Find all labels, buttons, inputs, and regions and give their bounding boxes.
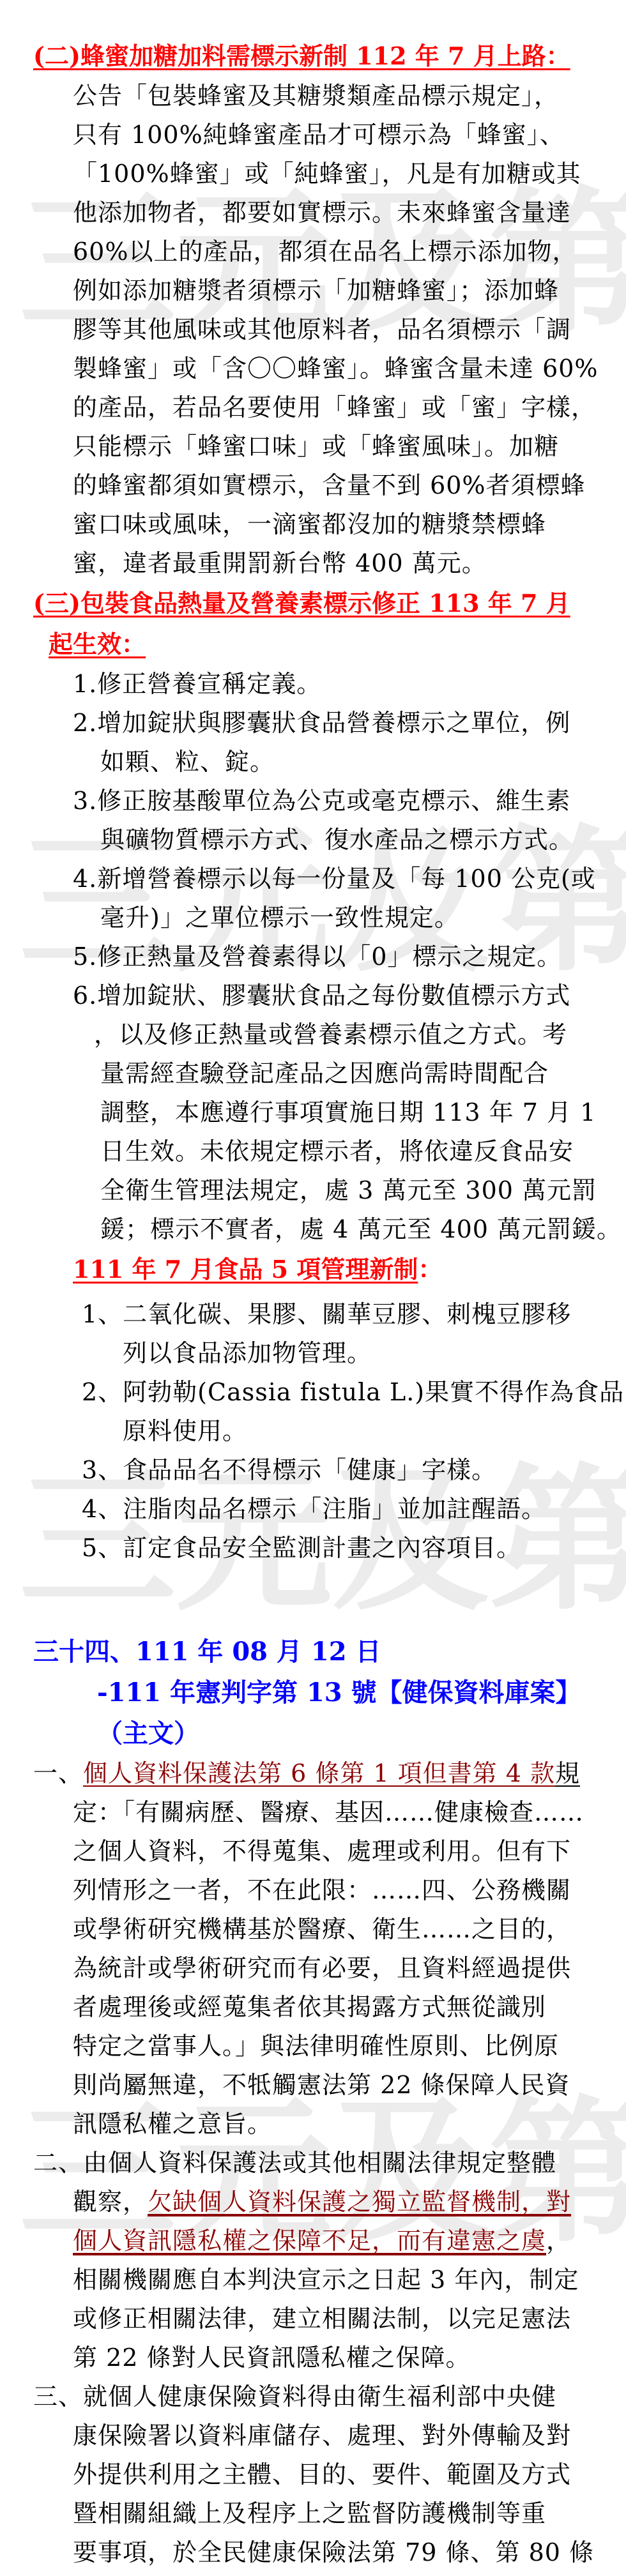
section-food-new-rules: 111 年 7 月食品 5 項管理新制： 1、二氧化碳、果膠、關華豆膠、刺槐豆膠…: [33, 1249, 607, 1568]
key-holding-emphasis: 欠缺個人資料保護之獨立監督機制，對: [148, 2188, 571, 2216]
section-honey-labeling: (二)蜂蜜加糖加料需標示新制 112 年 7 月上路： 公告「包裝蜂蜜及其糖漿類…: [33, 36, 607, 583]
ruling-point-2: 二、由個人資料保護法或其他相關法律規定整體: [33, 2144, 607, 2183]
body-text: 觀察，: [73, 2188, 148, 2216]
list-item-cont: ，以及修正熱量或營養素標示值之方式。考: [33, 1015, 607, 1054]
list-item: 4、注脂肉品名標示「注脂」並加註醒語。: [33, 1490, 607, 1529]
section-heading: (三)包裝食品熱量及營養素標示修正 113 年 7 月: [33, 583, 607, 624]
body-line: 的蜂蜜都須如實標示，含量不到 60%者須標蜂: [33, 466, 607, 505]
list-item: 1、二氧化碳、果膠、關華豆膠、刺槐豆膠移: [33, 1295, 607, 1334]
body-line: 定：「有關病歷、醫療、基因……健康檢查……: [33, 1793, 607, 1832]
body-line: 他添加物者，都要如實標示。未來蜂蜜含量達: [33, 193, 607, 232]
ruling-point-3: 三、就個人健康保險資料得由衛生福利部中央健: [33, 2377, 607, 2416]
list-item-cont: 與礦物質標示方式、復水產品之標示方式。: [33, 821, 607, 860]
body-line: 或學術研究機構基於醫療、衛生……之目的，: [33, 1910, 607, 1949]
body-line: 蜜口味或風味，一滴蜜都沒加的糖漿禁標蜂: [33, 505, 607, 544]
body-line: 膠等其他風味或其他原料者，品名須標示「調: [33, 310, 607, 349]
body-line: 蜜，違者最重開罰新台幣 400 萬元。: [33, 544, 607, 583]
case-title-date: 三十四、111 年 08 月 12 日: [33, 1632, 607, 1672]
body-line: 「100%蜂蜜」或「純蜂蜜」，凡是有加糖或其: [33, 155, 607, 193]
list-item-cont: 原料使用。: [33, 1412, 607, 1451]
body-line: 第 22 條對人民資訊隱私權之保障。: [33, 2338, 607, 2377]
body-line: 則尚屬無違，不牴觸憲法第 22 條保障人民資: [33, 2066, 607, 2105]
body-line: 或修正相關法律，建立相關法制，以完足憲法: [33, 2299, 607, 2338]
list-item: 2.增加錠狀與膠囊狀食品營養標示之單位，例: [33, 704, 607, 743]
point-marker: 一、: [33, 1759, 83, 1787]
body-line: 個人資訊隱私權之保障不足，而有違憲之虞，: [33, 2222, 607, 2261]
body-line: 60%以上的產品，都須在品名上標示添加物，: [33, 232, 607, 271]
list-item-cont: 全衛生管理法規定，處 3 萬元至 300 萬元罰: [33, 1171, 607, 1210]
body-line: 外提供利用之主體、目的、要件、範圍及方式: [33, 2455, 607, 2494]
body-line: 的產品，若品名要使用「蜂蜜」或「蜜」字樣，: [33, 388, 607, 427]
body-line: 特定之當事人。」與法律明確性原則、比例原: [33, 2027, 607, 2066]
body-text: 就個人健康保險資料得由衛生福利部中央健: [83, 2383, 556, 2411]
case-title-main-text: （主文）: [33, 1713, 607, 1754]
body-line: 只能標示「蜂蜜口味」或「蜂蜜風味」。加糖: [33, 427, 607, 466]
list-item-cont: 毫升)」之單位標示一致性規定。: [33, 898, 607, 937]
section-heading: 111 年 7 月食品 5 項管理新制: [73, 1255, 418, 1284]
body-line: 暨相關組織上及程序上之監督防護機制等重: [33, 2494, 607, 2533]
body-line: 訊隱私權之意旨。: [33, 2105, 607, 2144]
body-line: 康保險署以資料庫儲存、處理、對外傳輸及對: [33, 2416, 607, 2455]
list-item-cont: 調整，本應遵行事項實施日期 113 年 7 月 1: [33, 1093, 607, 1132]
heading-colon: ：: [418, 1255, 442, 1284]
body-line: 製蜂蜜」或「含〇〇蜂蜜」。蜂蜜含量未達 60%: [33, 349, 607, 388]
section-heading: (二)蜂蜜加糖加料需標示新制 112 年 7 月上路：: [33, 36, 607, 77]
document-page: (二)蜂蜜加糖加料需標示新制 112 年 7 月上路： 公告「包裝蜂蜜及其糖漿類…: [0, 0, 626, 2572]
body-line: 例如添加糖漿者須標示「加糖蜂蜜」；添加蜂: [33, 271, 607, 310]
body-line: 者處理後或經蒐集者依其揭露方式無從識別: [33, 1988, 607, 2027]
statute-reference: 個人資料保護法第 6 條第 1 項但書第 4 款: [83, 1759, 555, 1787]
case-title-name: -111 年憲判字第 13 號【健保資料庫案】: [33, 1672, 607, 1713]
point-marker: 二、: [33, 2149, 83, 2177]
list-item-cont: 鍰；標示不實者，處 4 萬元至 400 萬元罰鍰。: [33, 1210, 607, 1249]
list-item: 3.修正胺基酸單位為公克或毫克標示、維生素: [33, 782, 607, 821]
list-item-cont: 列以食品添加物管理。: [33, 1334, 607, 1373]
list-item: 2、阿勃勒(Cassia fistula L.)果實不得作為食品: [33, 1373, 607, 1412]
body-line: 列情形之一者，不在此限：……四、公務機關: [33, 1871, 607, 1910]
body-line: 要事項，於全民健康保險法第 79 條、第 80 條: [33, 2533, 607, 2572]
body-text: 由個人資料保護法或其他相關法律規定整體: [83, 2149, 556, 2177]
spacer: [33, 1568, 607, 1632]
body-line: 為統計或學術研究而有必要，且資料經過提供: [33, 1949, 607, 1988]
list-item: 1.修正營養宣稱定義。: [33, 665, 607, 704]
section-health-database-case: 三十四、111 年 08 月 12 日 -111 年憲判字第 13 號【健保資料…: [33, 1632, 607, 2572]
section-heading-cont: 起生效：: [49, 630, 146, 658]
list-item-cont: 量需經查驗登記產品之因應尚需時間配合: [33, 1054, 607, 1093]
body-line: 只有 100%純蜂蜜產品才可標示為「蜂蜜」、: [33, 116, 607, 155]
statute-reference-tail: 規: [555, 1759, 580, 1787]
list-item: 3、食品品名不得標示「健康」字樣。: [33, 1451, 607, 1490]
body-line: 相關機關應自本判決宣示之日起 3 年內，制定: [33, 2261, 607, 2299]
ruling-point-1: 一、個人資料保護法第 6 條第 1 項但書第 4 款規: [33, 1754, 607, 1793]
list-item: 6.增加錠狀、膠囊狀食品之每份數值標示方式: [33, 976, 607, 1015]
body-line: 公告「包裝蜂蜜及其糖漿類產品標示規定」，: [33, 77, 607, 116]
key-holding-emphasis: 個人資訊隱私權之保障不足，而有違憲之虞: [73, 2227, 546, 2255]
list-item: 4.新增營養標示以每一份量及「每 100 公克(或: [33, 860, 607, 898]
body-line: 之個人資料，不得蒐集、處理或利用。但有下: [33, 1832, 607, 1871]
list-item-cont: 如顆、粒、錠。: [33, 743, 607, 782]
list-item-cont: 日生效。未依規定標示者，將依違反食品安: [33, 1132, 607, 1171]
point-marker: 三、: [33, 2383, 83, 2411]
section-nutrition-labeling: (三)包裝食品熱量及營養素標示修正 113 年 7 月 起生效： 1.修正營養宣…: [33, 583, 607, 1249]
body-text: ，: [546, 2227, 571, 2255]
body-line: 觀察，欠缺個人資料保護之獨立監督機制，對: [33, 2183, 607, 2222]
list-item: 5.修正熱量及營養素得以「0」標示之規定。: [33, 937, 607, 976]
list-item: 5、訂定食品安全監測計畫之內容項目。: [33, 1529, 607, 1568]
